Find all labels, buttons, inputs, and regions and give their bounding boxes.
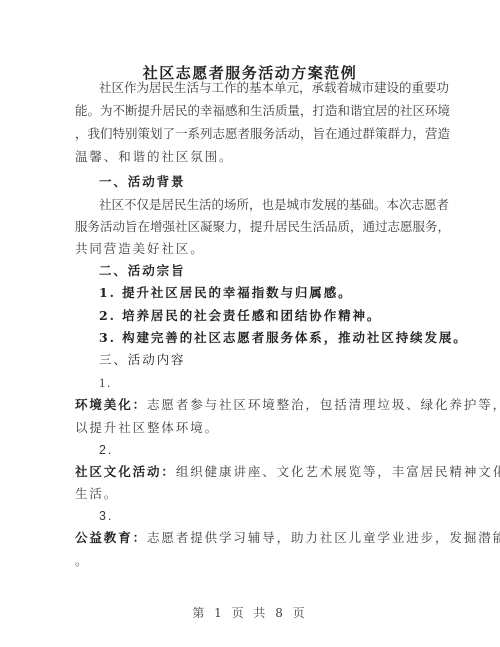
- section-heading-content: 三、活动内容: [99, 352, 185, 368]
- content-item-1-line-1: 环境美化：志愿者参与社区环境整治，包括清理垃圾、绿化养护等，: [75, 397, 500, 413]
- purpose-item-1: 1. 提升社区居民的幸福指数与归属感。: [99, 285, 353, 301]
- background-line-3: 共同营造美好社区。: [75, 241, 205, 257]
- background-line-1: 社区不仅是居民生活的场所，也是城市发展的基础。本次志愿者: [99, 197, 421, 213]
- content-item-3-number: 3.: [99, 508, 113, 524]
- content-item-3-line-2: 。: [75, 553, 89, 569]
- content-item-3-line-1: 公益教育：志愿者提供学习辅导，助力社区儿童学业进步，发掘潜能: [75, 530, 500, 546]
- intro-line-1: 社区作为居民生活与工作的基本单元，承载着城市建设的重要功: [99, 80, 421, 96]
- content-item-3-label: 公益教育：: [75, 530, 147, 545]
- background-line-2: 服务活动旨在增强社区凝聚力，提升居民生活品质，通过志愿服务，: [75, 219, 421, 235]
- content-item-2-label: 社区文化活动：: [75, 464, 176, 479]
- purpose-item-3: 3. 构建完善的社区志愿者服务体系，推动社区持续发展。: [99, 330, 468, 346]
- intro-line-3: ，我们特别策划了一系列志愿者服务活动，旨在通过群策群力，营造: [75, 126, 421, 142]
- page-indicator: 第 1 页 共 8 页: [0, 604, 500, 621]
- intro-line-2: 能。为不断提升居民的幸福感和生活质量，打造和谐宜居的社区环境: [75, 103, 421, 119]
- content-item-1-number: 1.: [99, 375, 112, 391]
- section-heading-background: 一、活动背景: [99, 174, 185, 190]
- content-item-2-number: 2.: [99, 442, 113, 458]
- content-item-2-line-1: 社区文化活动：组织健康讲座、文化艺术展览等，丰富居民精神文化: [75, 464, 500, 480]
- purpose-item-2: 2. 培养居民的社会责任感和团结协作精神。: [99, 308, 381, 324]
- intro-line-4: 温馨、和谐的社区氛围。: [75, 149, 233, 165]
- content-item-1-line-2: 以提升社区整体环境。: [75, 420, 219, 436]
- content-item-1-label: 环境美化：: [75, 397, 147, 412]
- content-item-2-line-2: 生活。: [75, 486, 118, 502]
- section-heading-purpose: 二、活动宗旨: [99, 263, 185, 279]
